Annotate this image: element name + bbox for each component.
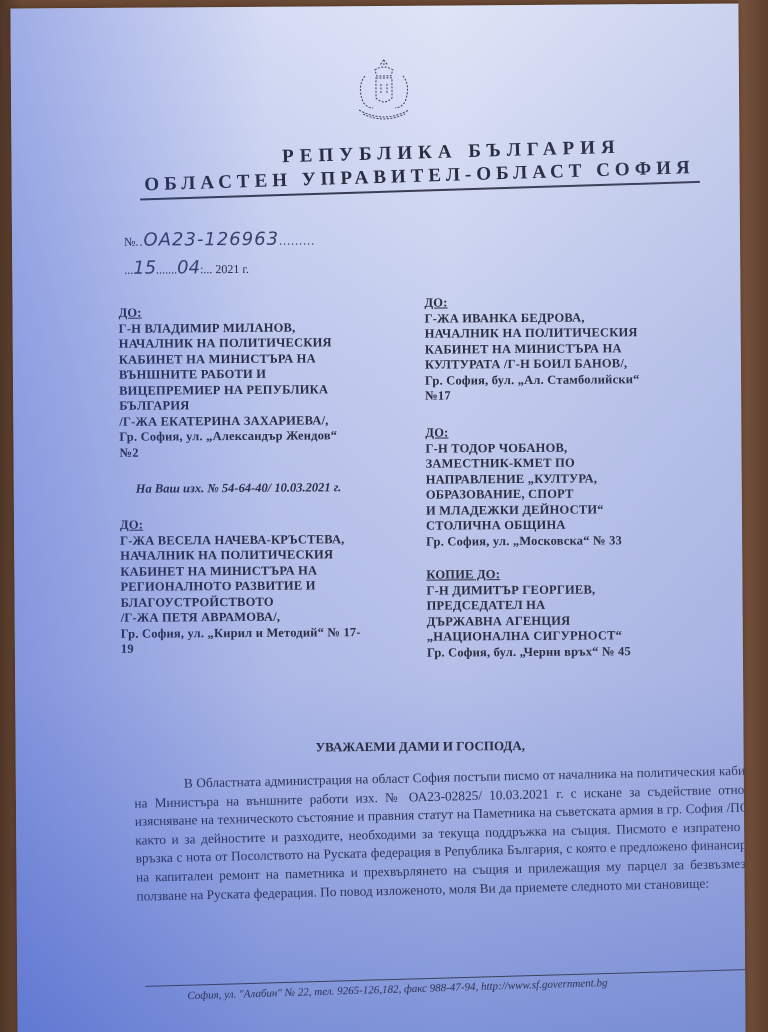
- recipient-line: НАПРАВЛЕНИЕ „КУЛТУРА,: [426, 471, 622, 488]
- recipient-block: ДО: Г-Н ТОДОР ЧОБАНОВ, ЗАМЕСТНИК-КМЕТ ПО…: [425, 424, 622, 549]
- recipient-label: ДО:: [118, 304, 336, 321]
- recipient-line: ВИЦЕПРЕМИЕР НА РЕПУБЛИКА: [119, 382, 337, 399]
- date-day: 15: [133, 258, 156, 279]
- recipient-line: И МЛАДЕЖКИ ДЕЙНОСТИ“: [426, 502, 622, 519]
- recipient-line: /Г-ЖА ПЕТЯ АВРАМОВА/,: [121, 609, 361, 626]
- number-value: ОА23-126963: [143, 229, 279, 251]
- recipient-address: №17: [425, 387, 640, 404]
- recipient-address: Гр. София, бул. „Ал. Стамболийски“: [425, 372, 640, 389]
- number-prefix: №: [124, 235, 136, 249]
- recipient-line: НАЧАЛНИК НА ПОЛИТИЧЕСКИЯ: [120, 547, 360, 564]
- recipient-line: ПРЕДСЕДАТЕЛ НА: [427, 597, 631, 614]
- recipient-line: Г-Н ДИМИТЪР ГЕОРГИЕВ,: [426, 582, 630, 599]
- recipient-label: ДО:: [120, 516, 360, 533]
- recipient-line: КАБИНЕТ НА МИНИСТЪРА НА: [119, 351, 337, 368]
- recipient-line: „НАЦИОНАЛНА СИГУРНОСТ“: [427, 628, 631, 645]
- recipient-label: ДО:: [424, 294, 639, 311]
- recipient-address: Гр. София, бул. „Черни връх“ № 45: [427, 644, 631, 661]
- recipient-address: Гр. София, ул. „Александър Жендов“: [119, 428, 337, 445]
- recipient-line: Г-ЖА ИВАНКА БЕДРОВА,: [425, 310, 640, 327]
- recipient-label: КОПИЕ ДО:: [426, 566, 630, 583]
- recipient-line: Г-Н ВЛАДИМИР МИЛАНОВ,: [119, 320, 337, 337]
- recipient-line: РЕГИОНАЛНОТО РАЗВИТИЕ И: [120, 578, 360, 595]
- recipient-line: Г-ЖА ВЕСЕЛА НАЧЕВА-КРЪСТЕВА,: [120, 532, 360, 549]
- recipient-address: 19: [121, 640, 361, 657]
- recipient-line: НАЧАЛНИК НА ПОЛИТИЧЕСКИЯ: [119, 335, 337, 352]
- date-year: 2021 г.: [215, 262, 249, 276]
- recipient-line: Г-Н ТОДОР ЧОБАНОВ,: [425, 440, 621, 457]
- registration-number: №..ОА23-126963.........: [124, 228, 315, 250]
- reference-number: На Ваш изх. № 54-64-40/ 10.03.2021 г.: [136, 480, 342, 496]
- recipient-address: Гр. София, ул. „Кирил и Методий“ № 17-: [121, 625, 361, 642]
- registration-date: ...15.......04:... 2021 г.: [124, 257, 249, 279]
- recipient-block: ДО: Г-ЖА ВЕСЕЛА НАЧЕВА-КРЪСТЕВА, НАЧАЛНИ…: [120, 516, 361, 657]
- recipient-block: ДО: Г-Н ВЛАДИМИР МИЛАНОВ, НАЧАЛНИК НА ПО…: [118, 304, 337, 461]
- recipient-address: №2: [119, 444, 337, 461]
- letter-page: РЕПУБЛИКА БЪЛГАРИЯ ОБЛАСТЕН УПРАВИТЕЛ-ОБ…: [10, 3, 745, 1032]
- recipient-line: СТОЛИЧНА ОБЩИНА: [426, 517, 622, 534]
- coat-of-arms-icon: [351, 56, 417, 126]
- recipient-block: ДО: Г-ЖА ИВАНКА БЕДРОВА, НАЧАЛНИК НА ПОЛ…: [424, 294, 639, 404]
- recipient-line: ЗАМЕСТНИК-КМЕТ ПО: [426, 455, 622, 472]
- recipient-line: КУЛТУРАТА /Г-Н БОИЛ БАНОВ/,: [425, 356, 640, 373]
- body-paragraph: В Областната администрация на област Соф…: [134, 761, 746, 905]
- copy-recipient-block: КОПИЕ ДО: Г-Н ДИМИТЪР ГЕОРГИЕВ, ПРЕДСЕДА…: [426, 566, 631, 660]
- recipient-line: НАЧАЛНИК НА ПОЛИТИЧЕСКИЯ: [425, 325, 640, 342]
- recipient-line: ВЪНШНИТЕ РАБОТИ И: [119, 366, 337, 383]
- recipient-line: КАБИНЕТ НА МИНИСТЪРА НА: [120, 563, 360, 580]
- recipient-line: КАБИНЕТ НА МИНИСТЪРА НА: [425, 341, 640, 358]
- recipient-address: Гр. София, ул. „Московска“ № 33: [426, 533, 622, 550]
- recipient-label: ДО:: [425, 424, 621, 441]
- recipient-line: /Г-ЖА ЕКАТЕРИНА ЗАХАРИЕВА/,: [119, 413, 337, 430]
- greeting: УВАЖАЕМИ ДАМИ И ГОСПОДА,: [316, 738, 526, 755]
- recipient-line: ОБРАЗОВАНИЕ, СПОРТ: [426, 486, 622, 503]
- recipient-line: ДЪРЖАВНА АГЕНЦИЯ: [427, 613, 631, 630]
- date-month: 04: [177, 257, 200, 278]
- recipient-line: БЪЛГАРИЯ: [119, 397, 337, 414]
- recipient-line: БЛАГОУСТРОЙСТВОТО: [121, 594, 361, 611]
